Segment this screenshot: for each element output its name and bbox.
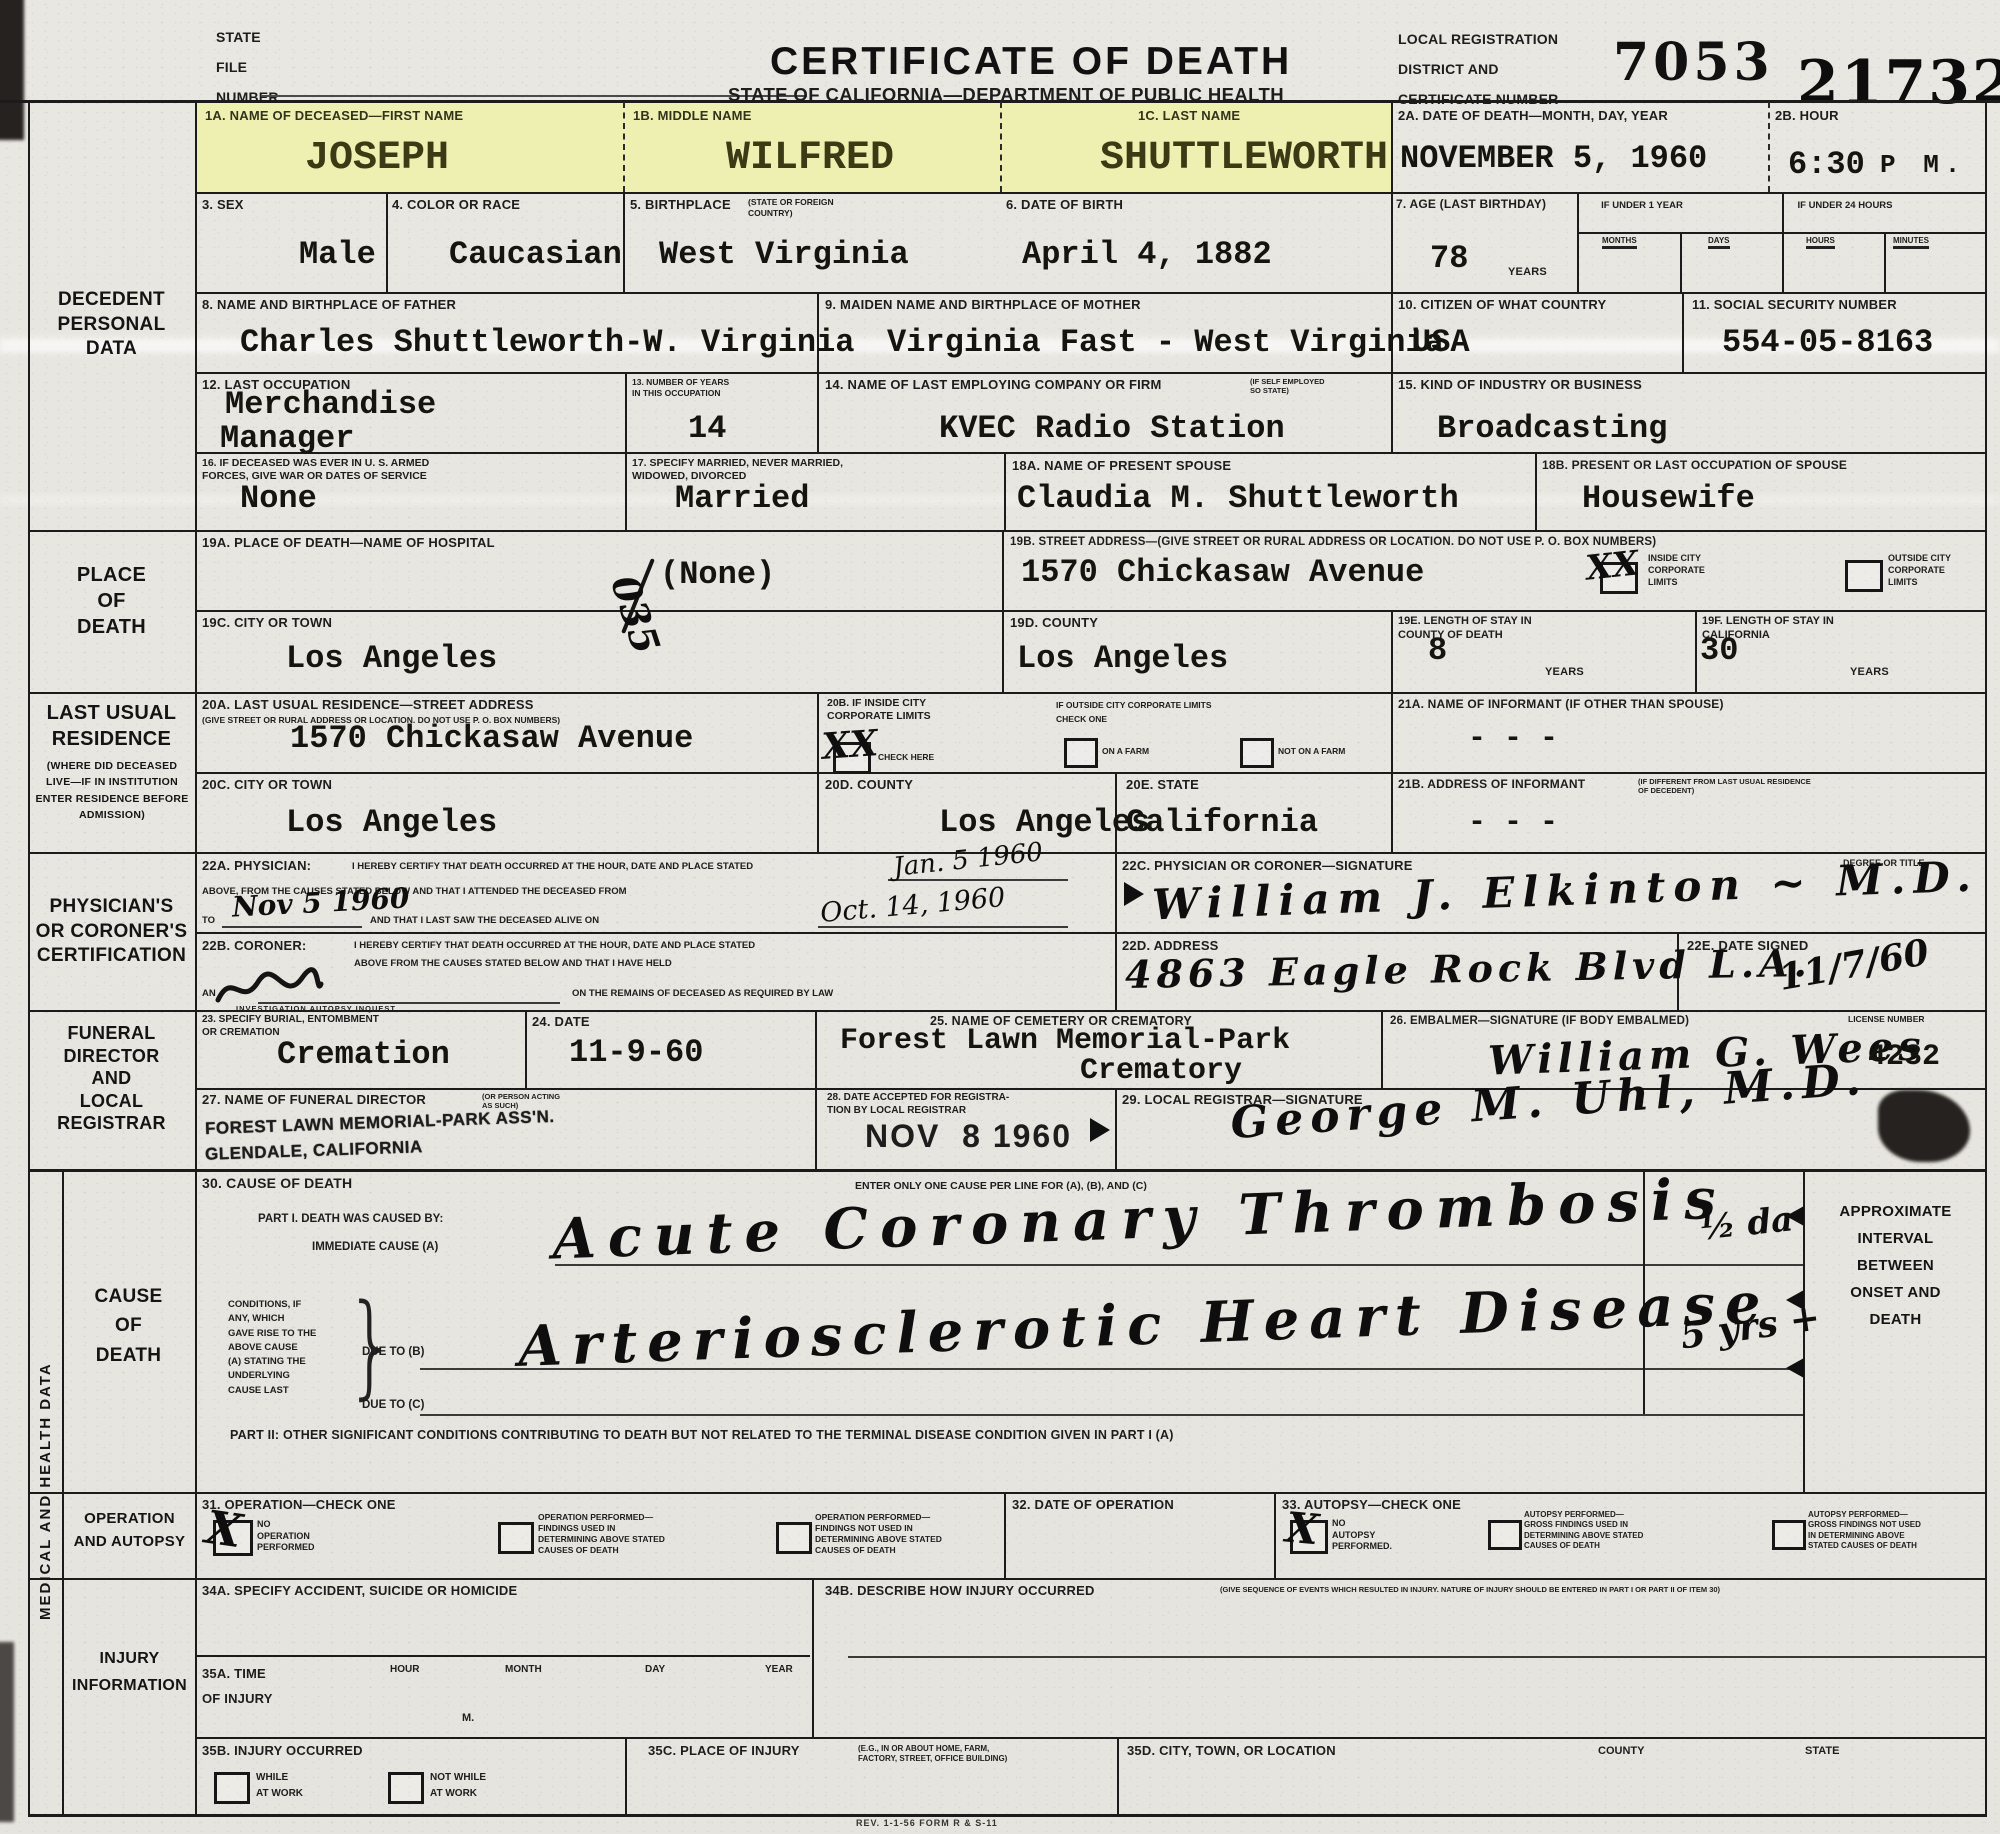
field-9-label: 9. MAIDEN NAME AND BIRTHPLACE OF MOTHER [825, 297, 1141, 313]
month-col-label: MONTH [505, 1664, 542, 1677]
sidebar-operation-autopsy: OPERATION AND AUTOPSY [64, 1508, 195, 1553]
california-stay-unit: YEARS [1850, 666, 1889, 680]
death-city-value: Los Angeles [286, 640, 497, 677]
part2-label: PART II: OTHER SIGNIFICANT CONDITIONS CO… [230, 1428, 1790, 1444]
employer-value: KVEC Radio Station [939, 410, 1285, 447]
occupation-value-line2: Manager [220, 420, 354, 457]
field-32-label: 32. DATE OF OPERATION [1012, 1497, 1174, 1513]
occupation-value-line1: Merchandise [225, 386, 436, 423]
months-label: MONTHS [1602, 236, 1637, 249]
state-file-number-label: STATE FILE NUMBER [216, 22, 279, 112]
field-13-label: 13. NUMBER OF YEARS IN THIS OCCUPATION [632, 377, 729, 398]
field-19e-label: 19E. LENGTH OF STAY IN COUNTY OF DEATH [1398, 615, 1532, 643]
armed-forces-value: None [240, 480, 317, 517]
field-18b-label: 18B. PRESENT OR LAST OCCUPATION OF SPOUS… [1542, 458, 1847, 473]
residence-street-address-value: 1570 Chickasaw Avenue [290, 720, 693, 757]
registration-date-stamp: NOV 8 1960 [865, 1116, 1072, 1156]
birthplace-value: West Virginia [659, 236, 909, 273]
field-20e-label: 20E. STATE [1126, 777, 1199, 793]
field-22e-label: 22E. DATE SIGNED [1687, 938, 1808, 954]
no-operation-check-mark: X [202, 1500, 245, 1558]
spouse-name-value: Claudia M. Shuttleworth [1017, 480, 1459, 517]
attended-from-date: Jan. 5 1960 [892, 837, 1045, 883]
hours-label: HOURS [1806, 236, 1835, 249]
on-farm-checkbox [1064, 738, 1098, 768]
sidebar-injury-information: INJURY INFORMATION [64, 1645, 195, 1699]
deceased-first-name: JOSEPH [305, 136, 449, 181]
field-3-label: 3. SEX [202, 197, 244, 213]
meridiem-label: M. [462, 1712, 474, 1726]
field-35c-label: 35C. PLACE OF INJURY [648, 1743, 800, 1759]
due-to-b-label: DUE TO (B) [362, 1345, 424, 1359]
field-27-label: 27. NAME OF FUNERAL DIRECTOR [202, 1092, 426, 1108]
death-street-address-value: 1570 Chickasaw Avenue [1021, 554, 1424, 591]
field-6-label: 6. DATE OF BIRTH [1006, 197, 1123, 213]
field-4-label: 4. COLOR OR RACE [392, 197, 520, 213]
field-19a-label: 19A. PLACE OF DEATH—NAME OF HOSPITAL [202, 535, 495, 551]
sidebar-physician-certification: PHYSICIAN'S OR CORONER'S CERTIFICATION [30, 895, 193, 969]
field-24-label: 24. DATE [532, 1014, 590, 1030]
interval-a-handwriting: ½ da [1698, 1199, 1795, 1249]
age-value: 78 [1430, 240, 1468, 277]
mother-name-value: Virginia Fast - West Virginia [887, 324, 1444, 361]
field-14-label: 14. NAME OF LAST EMPLOYING COMPANY OR FI… [825, 377, 1162, 393]
field-19d-label: 19D. COUNTY [1010, 615, 1098, 631]
due-to-c-label: DUE TO (C) [362, 1398, 424, 1412]
sidebar-cause-of-death: CAUSE OF DEATH [62, 1282, 195, 1370]
no-operation-label: NO OPERATION PERFORMED [257, 1519, 315, 1554]
hour-meridiem: P M. [1880, 150, 1966, 180]
field-20d-label: 20D. COUNTY [825, 777, 913, 793]
citizen-value: USA [1412, 324, 1470, 361]
outside-corporate-label: IF OUTSIDE CITY CORPORATE LIMITS CHECK O… [1056, 699, 1212, 726]
autopsy-findings-used-checkbox [1488, 1520, 1522, 1550]
not-on-farm-label: NOT ON A FARM [1278, 746, 1345, 757]
funeral-director-stamp-line2: GLENDALE, CALIFORNIA [205, 1136, 423, 1165]
field-21b-label: 21B. ADDRESS OF INFORMANT [1398, 777, 1585, 792]
field-30-label: 30. CAUSE OF DEATH [202, 1175, 352, 1193]
coroner-cert-text-1: I HEREBY CERTIFY THAT DEATH OCCURRED AT … [354, 940, 755, 952]
autopsy-findings-not-used-checkbox [1772, 1520, 1806, 1550]
autopsy-findings-not-used-label: AUTOPSY PERFORMED— GROSS FINDINGS NOT US… [1808, 1510, 1921, 1552]
field-19c-label: 19C. CITY OR TOWN [202, 615, 332, 631]
hour-col-label: HOUR [390, 1664, 419, 1677]
on-farm-label: ON A FARM [1102, 746, 1149, 757]
burial-type-value: Cremation [277, 1036, 450, 1073]
spouse-occupation-value: Housewife [1582, 480, 1755, 517]
registrar-pointer-icon [1090, 1118, 1110, 1142]
cemetery-value-line2: Crematory [1080, 1054, 1242, 1088]
physician-cert-text-1: I HEREBY CERTIFY THAT DEATH OCCURRED AT … [352, 861, 753, 873]
year-col-label: YEAR [765, 1664, 793, 1677]
not-on-farm-checkbox [1240, 738, 1274, 768]
field-34a-label: 34A. SPECIFY ACCIDENT, SUICIDE OR HOMICI… [202, 1583, 517, 1599]
field-34b-label: 34B. DESCRIBE HOW INJURY OCCURRED [825, 1583, 1095, 1599]
field-10-label: 10. CITIZEN OF WHAT COUNTRY [1398, 297, 1606, 313]
field-18a-label: 18A. NAME OF PRESENT SPOUSE [1012, 458, 1231, 474]
deceased-last-name: SHUTTLEWORTH [1100, 136, 1388, 181]
hour-of-death-value: 6:30 [1788, 146, 1865, 183]
page-title: CERTIFICATE OF DEATH [770, 38, 1292, 87]
check-here-mark: XX [821, 722, 880, 768]
embalmer-license-value: 4232 [1868, 1040, 1940, 1074]
field-5-sublabel: (STATE OR FOREIGN COUNTRY) [748, 197, 834, 218]
field-15-label: 15. KIND OF INDUSTRY OR BUSINESS [1398, 377, 1642, 393]
years-occupation-value: 14 [688, 410, 726, 447]
residence-state-value: California [1126, 804, 1318, 841]
field-7-label: 7. AGE (LAST BIRTHDAY) [1396, 197, 1546, 212]
field-19b-label: 19B. STREET ADDRESS—(GIVE STREET OR RURA… [1010, 535, 1970, 549]
county-stay-value: 8 [1428, 632, 1447, 669]
inside-city-check-mark: XX [1584, 543, 1641, 588]
ink-stamp-mark [1878, 1090, 1970, 1162]
operation-findings-not-used-label: OPERATION PERFORMED— FINDINGS NOT USED I… [815, 1512, 942, 1556]
death-county-value: Los Angeles [1017, 640, 1228, 677]
field-8-label: 8. NAME AND BIRTHPLACE OF FATHER [202, 297, 456, 313]
sex-value: Male [299, 236, 376, 273]
field-20c-label: 20C. CITY OR TOWN [202, 777, 332, 793]
residence-county-value: Los Angeles [939, 804, 1150, 841]
state-file-blank-line [262, 95, 807, 97]
physician-cert-text-3: AND THAT I LAST SAW THE DECEASED ALIVE O… [370, 915, 599, 927]
operation-findings-not-used-checkbox [776, 1522, 812, 1554]
while-at-work-checkbox [214, 1772, 250, 1804]
sidebar-residence-note: (WHERE DID DECEASED LIVE—IF IN INSTITUTI… [32, 758, 192, 823]
interval-arrow-icon [1786, 1206, 1804, 1226]
burial-date-value: 11-9-60 [569, 1034, 703, 1071]
outside-city-checkbox [1845, 560, 1883, 592]
ssn-value: 554-05-8163 [1722, 324, 1933, 361]
field-2b-label: 2B. HOUR [1775, 108, 1839, 124]
coroner-cert-text-2: ABOVE FROM THE CAUSES STATED BELOW AND T… [354, 958, 672, 970]
part1-label: PART I. DEATH WAS CAUSED BY: [258, 1212, 443, 1226]
while-at-work-label: WHILE AT WORK [256, 1770, 303, 1802]
residence-city-value: Los Angeles [286, 804, 497, 841]
field-21a-label: 21A. NAME OF INFORMANT (IF OTHER THAN SP… [1398, 697, 1724, 712]
signature-pointer-icon [1124, 882, 1144, 906]
form-number: REV. 1-1-56 FORM R & S-11 [856, 1818, 998, 1829]
day-col-label: DAY [645, 1664, 665, 1677]
county-stay-unit: YEARS [1545, 666, 1584, 680]
minutes-label: MINUTES [1893, 236, 1929, 249]
field-1c-label: 1C. LAST NAME [1138, 108, 1240, 124]
last-seen-alive-date: Oct. 14, 1960 [819, 882, 1007, 929]
scan-edge-artifact [0, 1642, 14, 1822]
county-col-label: COUNTY [1598, 1745, 1644, 1759]
not-while-at-work-checkbox [388, 1772, 424, 1804]
field-35c-sublabel: (E.G., IN OR ABOUT HOME, FARM, FACTORY, … [858, 1744, 1007, 1764]
not-while-at-work-label: NOT WHILE AT WORK [430, 1770, 486, 1802]
field-14-sublabel: (IF SELF EMPLOYED SO STATE) [1250, 377, 1325, 396]
cemetery-value-line1: Forest Lawn Memorial-Park [840, 1024, 1290, 1058]
under-1-year-label: IF UNDER 1 YEAR [1592, 200, 1692, 212]
date-of-birth-value: April 4, 1882 [1022, 236, 1272, 273]
operation-findings-used-label: OPERATION PERFORMED— FINDINGS USED IN DE… [538, 1512, 665, 1556]
cause-b-handwriting: Arteriosclerotic Heart Disease [517, 1270, 1771, 1380]
field-22b-label: 22B. CORONER: [202, 938, 306, 954]
field-20b-label: 20B. IF INSIDE CITY CORPORATE LIMITS [827, 697, 931, 723]
interval-arrow-icon [1786, 1290, 1804, 1310]
field-35a-label: 35A. TIME OF INJURY [202, 1662, 273, 1711]
inside-city-label: INSIDE CITY CORPORATE LIMITS [1648, 552, 1705, 588]
state-col-label: STATE [1805, 1745, 1839, 1759]
field-21b-sublabel: (IF DIFFERENT FROM LAST USUAL RESIDENCE … [1638, 777, 1811, 796]
under-24-hours-label: IF UNDER 24 HOURS [1790, 200, 1900, 212]
autopsy-findings-used-label: AUTOPSY PERFORMED— GROSS FINDINGS USED I… [1524, 1510, 1643, 1552]
immediate-cause-label: IMMEDIATE CAUSE (A) [312, 1240, 438, 1254]
sidebar-medical-health-data: MEDICAL AND HEALTH DATA [30, 1169, 62, 1814]
field-26-label: 26. EMBALMER—SIGNATURE (IF BODY EMBALMED… [1390, 1014, 1689, 1028]
operation-findings-used-checkbox [498, 1522, 534, 1554]
informant-name-value: - - - [1468, 722, 1558, 756]
district-number: 7053 [1613, 32, 1774, 93]
field-11-label: 11. SOCIAL SECURITY NUMBER [1692, 297, 1897, 313]
outside-city-label: OUTSIDE CITY CORPORATE LIMITS [1888, 552, 1951, 588]
field-1b-label: 1B. MIDDLE NAME [633, 108, 752, 124]
coroner-options-text: INVESTIGATION AUTOPSY INQUEST [236, 1004, 396, 1013]
no-autopsy-label: NO AUTOPSY PERFORMED. [1332, 1518, 1392, 1553]
sidebar-decedent-personal-data: DECEDENT PERSONAL DATA [30, 288, 193, 362]
field-28-label: 28. DATE ACCEPTED FOR REGISTRA- TION BY … [827, 1092, 1009, 1117]
field-2a-label: 2A. DATE OF DEATH—MONTH, DAY, YEAR [1398, 108, 1668, 124]
hospital-value: (None) [660, 556, 775, 593]
date-of-death-value: NOVEMBER 5, 1960 [1400, 140, 1707, 177]
days-label: DAYS [1708, 236, 1730, 249]
check-here-label: CHECK HERE [878, 752, 934, 763]
physician-cert-to: TO [202, 915, 215, 927]
deceased-middle-name: WILFRED [726, 136, 894, 181]
marital-status-value: Married [675, 480, 809, 517]
informant-address-value: - - - [1468, 806, 1558, 840]
father-name-value: Charles Shuttleworth-W. Virginia [240, 324, 855, 361]
california-stay-value: 30 [1700, 632, 1738, 669]
approximate-interval-label: APPROXIMATE INTERVAL BETWEEN ONSET AND D… [1813, 1198, 1978, 1333]
sidebar-place-of-death: PLACE OF DEATH [30, 562, 193, 640]
death-certificate-scan: STATE FILE NUMBER CERTIFICATE OF DEATH S… [0, 0, 2000, 1834]
conditions-note: CONDITIONS, IF ANY, WHICH GAVE RISE TO T… [228, 1298, 316, 1398]
funeral-director-stamp-line1: FOREST LAWN MEMORIAL-PARK ASS'N. [205, 1106, 555, 1139]
field-20a-label: 20A. LAST USUAL RESIDENCE—STREET ADDRESS [202, 697, 534, 713]
sidebar-last-usual-residence: LAST USUAL RESIDENCE [30, 700, 193, 752]
field-34b-sublabel: (GIVE SEQUENCE OF EVENTS WHICH RESULTED … [1220, 1585, 1960, 1594]
scan-edge-artifact [0, 0, 24, 140]
field-22a-label: 22A. PHYSICIAN: [202, 858, 311, 874]
industry-value: Broadcasting [1437, 410, 1667, 447]
field-1a-label: 1A. NAME OF DECEASED—FIRST NAME [205, 108, 463, 124]
interval-arrow-icon [1786, 1358, 1804, 1378]
no-autopsy-check-mark: X [1284, 1503, 1321, 1555]
age-years-unit: YEARS [1508, 266, 1547, 280]
coroner-cert-text-3: ON THE REMAINS OF DECEASED AS REQUIRED B… [572, 988, 833, 1000]
field-5-label: 5. BIRTHPLACE [630, 197, 731, 213]
field-35b-label: 35B. INJURY OCCURRED [202, 1743, 363, 1759]
sidebar-funeral-director: FUNERAL DIRECTOR AND LOCAL REGISTRAR [30, 1022, 193, 1135]
field-35d-label: 35D. CITY, TOWN, OR LOCATION [1127, 1743, 1336, 1759]
race-value: Caucasian [449, 236, 622, 273]
